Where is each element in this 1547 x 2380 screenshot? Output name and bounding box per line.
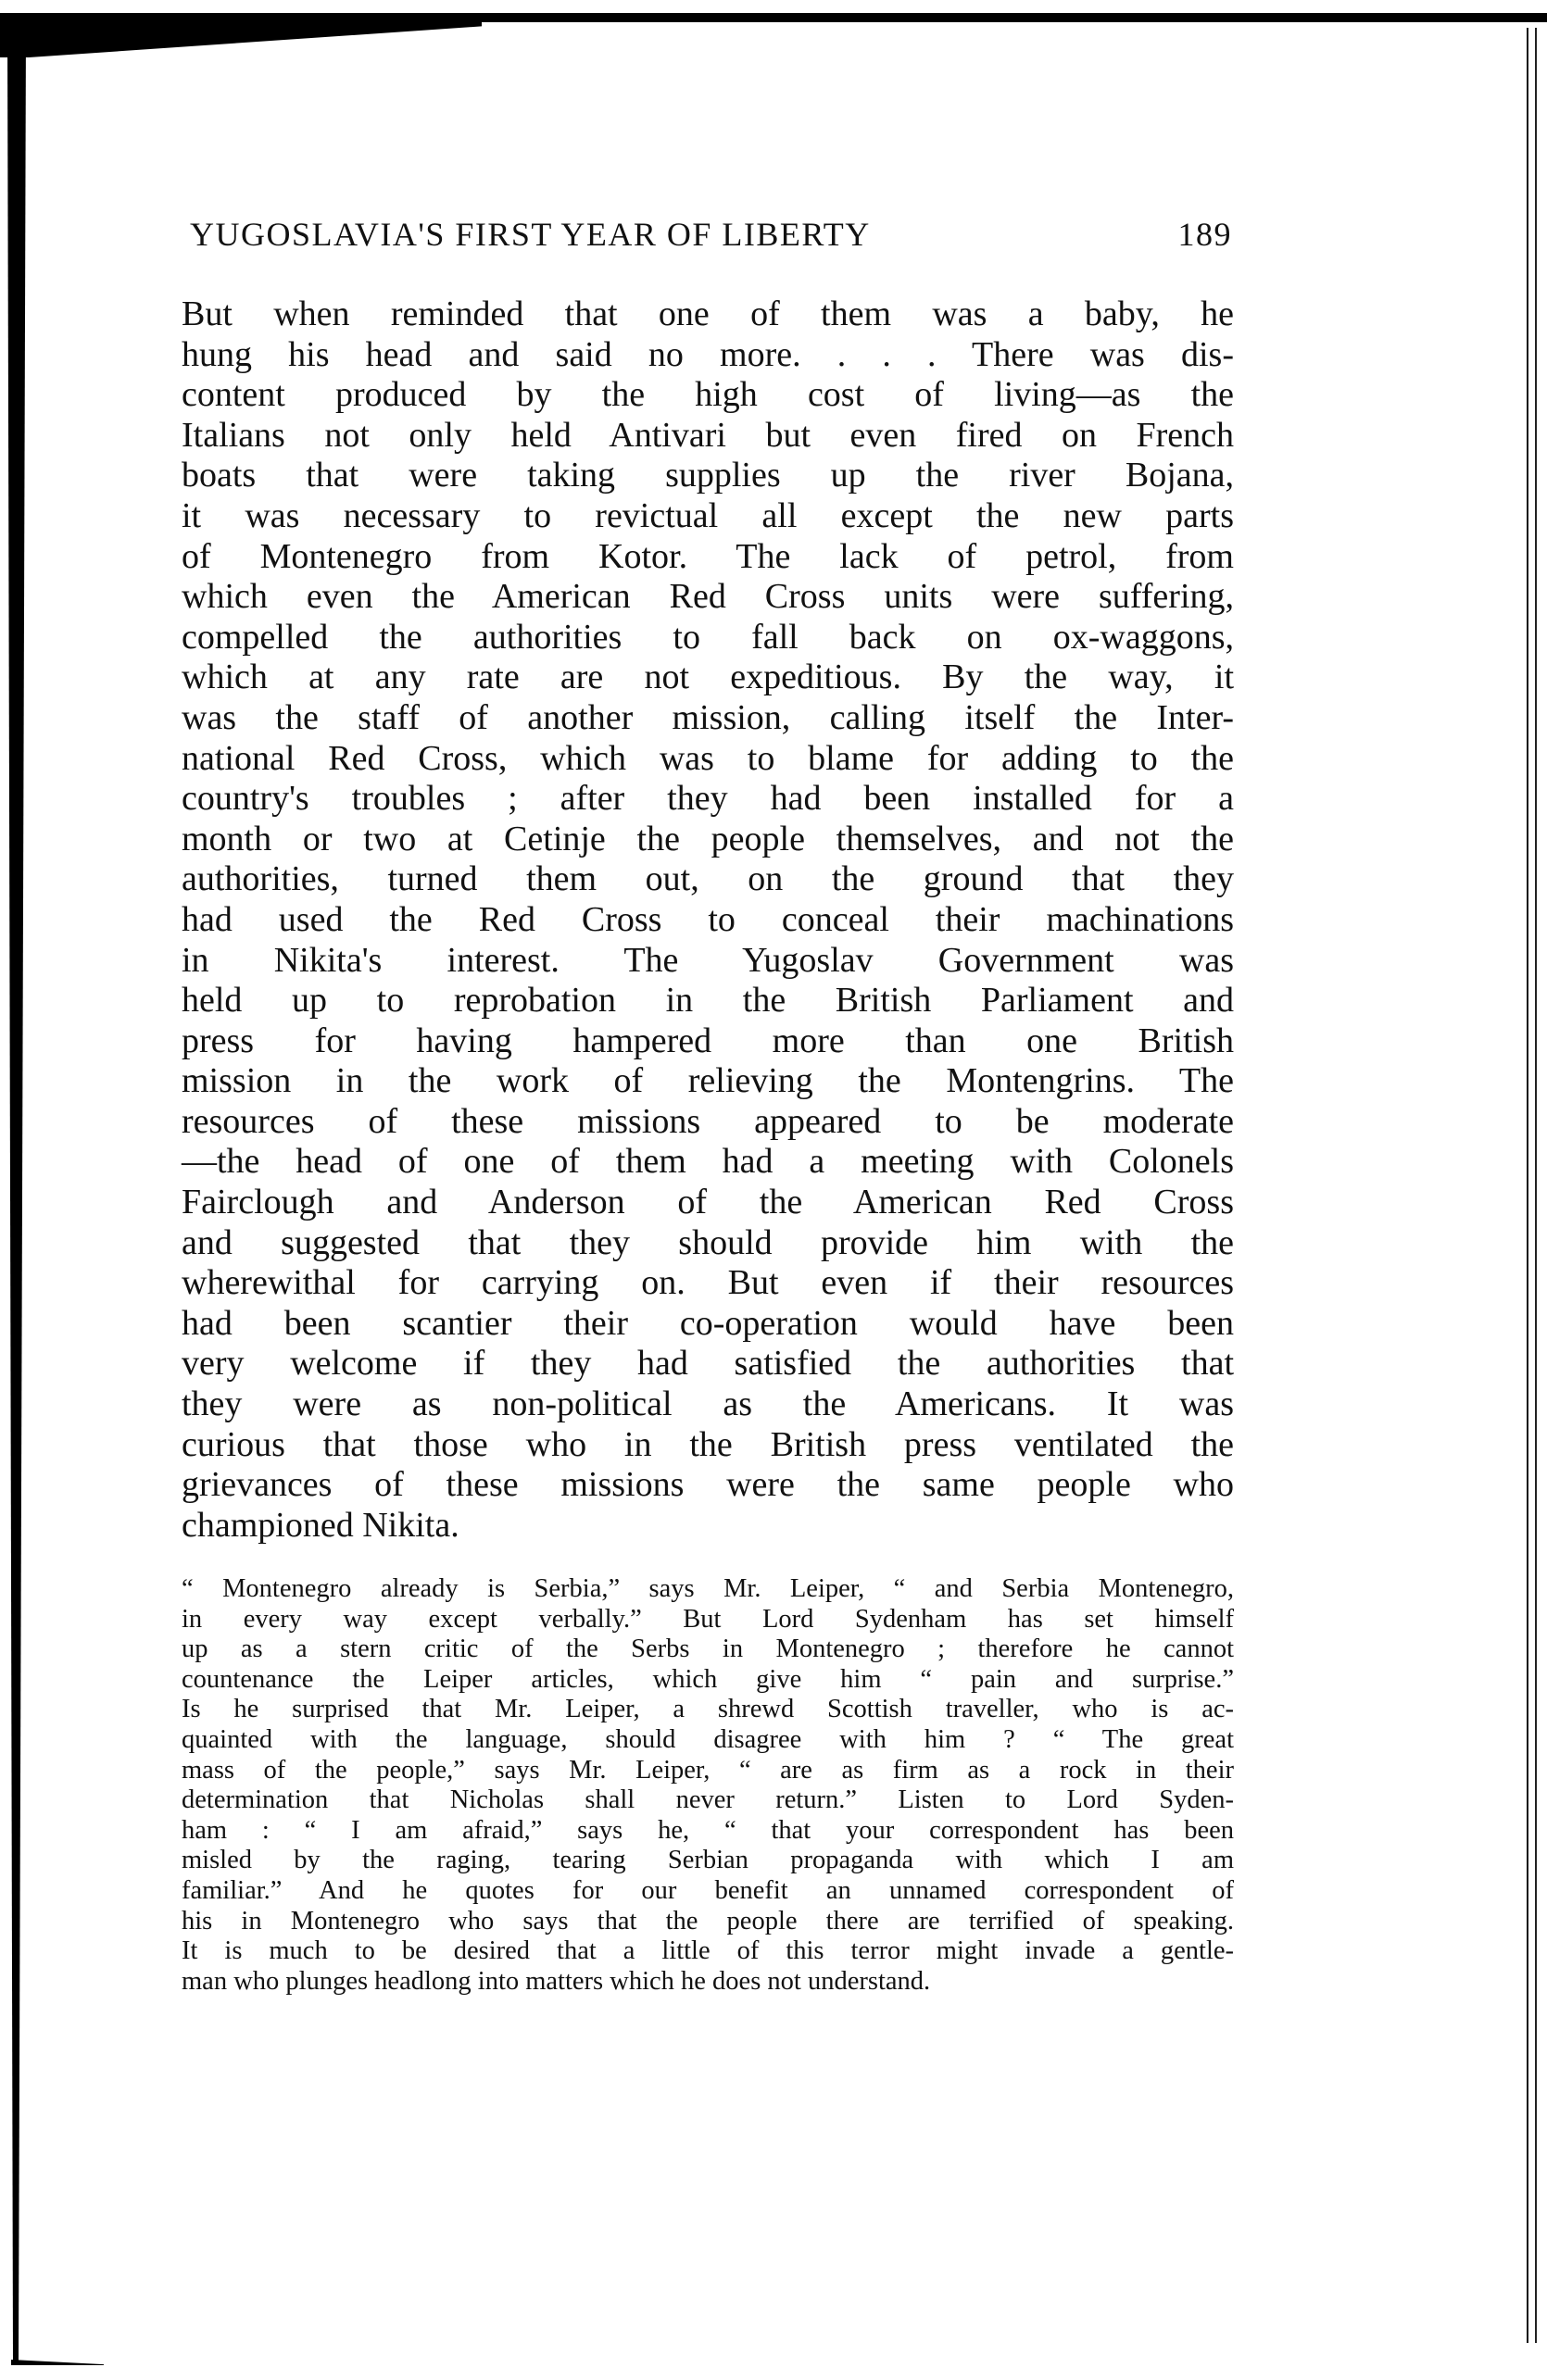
note-line: ham : “ I am afraid,” says he, “ that yo… [182,1816,1234,1847]
quoted-note-paragraph: “ Montenegro already is Serbia,” says Mr… [182,1574,1234,1997]
text-line: mission in the work of relieving the Mon… [182,1061,1234,1102]
text-line: wherewithal for carrying on. But even if… [182,1263,1234,1304]
note-line: countenance the Leiper articles, which g… [182,1665,1234,1696]
note-line: mass of the people,” says Mr. Leiper, “ … [182,1756,1234,1786]
scan-border-bottom [11,2360,104,2365]
note-line: misled by the raging, tearing Serbian pr… [182,1846,1234,1876]
text-line: —the head of one of them had a meeting w… [182,1142,1234,1183]
text-line: Fairclough and Anderson of the American … [182,1183,1234,1223]
text-line: and suggested that they should provide h… [182,1223,1234,1264]
text-line: authorities, turned them out, on the gro… [182,859,1234,900]
text-line: which even the American Red Cross units … [182,577,1234,618]
text-line: of Montenegro from Kotor. The lack of pe… [182,537,1234,578]
text-line: curious that those who in the British pr… [182,1425,1234,1466]
note-line: Is he surprised that Mr. Leiper, a shrew… [182,1695,1234,1725]
text-line: But when reminded that one of them was a… [182,294,1234,335]
text-line: had been scantier their co-operation wou… [182,1304,1234,1345]
note-line: his in Montenegro who says that the peop… [182,1907,1234,1937]
text-line: national Red Cross, which was to blame f… [182,739,1234,780]
note-line: in every way except verbally.” But Lord … [182,1605,1234,1635]
text-line: boats that were taking supplies up the r… [182,456,1234,496]
book-page: YUGOSLAVIA'S FIRST YEAR OF LIBERTY 189 B… [0,0,1547,2380]
text-line: it was necessary to revictual all except… [182,496,1234,537]
note-line: up as a stern critic of the Serbs in Mon… [182,1635,1234,1665]
note-line: It is much to be desired that a little o… [182,1936,1234,1967]
text-line: month or two at Cetinje the people thems… [182,820,1234,860]
text-line: they were as non-political as the Americ… [182,1384,1234,1425]
scan-border-left [7,28,26,2361]
note-line: man who plunges headlong into matters wh… [182,1967,1234,1998]
scan-shadow-corner [0,13,482,57]
text-line: held up to reprobation in the British Pa… [182,981,1234,1021]
chapter-title: YUGOSLAVIA'S FIRST YEAR OF LIBERTY [190,215,871,254]
running-head: YUGOSLAVIA'S FIRST YEAR OF LIBERTY 189 [190,215,1232,254]
text-line: hung his head and said no more. . . . Th… [182,335,1234,376]
text-line: was the staff of another mission, callin… [182,698,1234,739]
text-line: championed Nikita. [182,1506,1234,1547]
text-line: in Nikita's interest. The Yugoslav Gover… [182,941,1234,982]
text-line: content produced by the high cost of liv… [182,375,1234,416]
scan-border-right [1527,28,1528,2343]
text-line: compelled the authorities to fall back o… [182,618,1234,658]
scan-border-right-inner [1535,28,1537,2343]
note-line: quainted with the language, should disag… [182,1725,1234,1756]
text-line: country's troubles ; after they had been… [182,779,1234,820]
text-line: very welcome if they had satisfied the a… [182,1344,1234,1384]
text-line: grievances of these missions were the sa… [182,1465,1234,1506]
text-line: press for having hampered more than one … [182,1021,1234,1062]
text-line: Italians not only held Antivari but even… [182,416,1234,457]
note-line: “ Montenegro already is Serbia,” says Mr… [182,1574,1234,1605]
page-number: 189 [1178,215,1233,254]
body-paragraph: But when reminded that one of them was a… [182,294,1234,1546]
text-line: which at any rate are not expeditious. B… [182,658,1234,698]
text-line: resources of these missions appeared to … [182,1102,1234,1143]
note-line: familiar.” And he quotes for our benefit… [182,1876,1234,1907]
note-line: determination that Nicholas shall never … [182,1785,1234,1816]
text-line: had used the Red Cross to conceal their … [182,900,1234,941]
